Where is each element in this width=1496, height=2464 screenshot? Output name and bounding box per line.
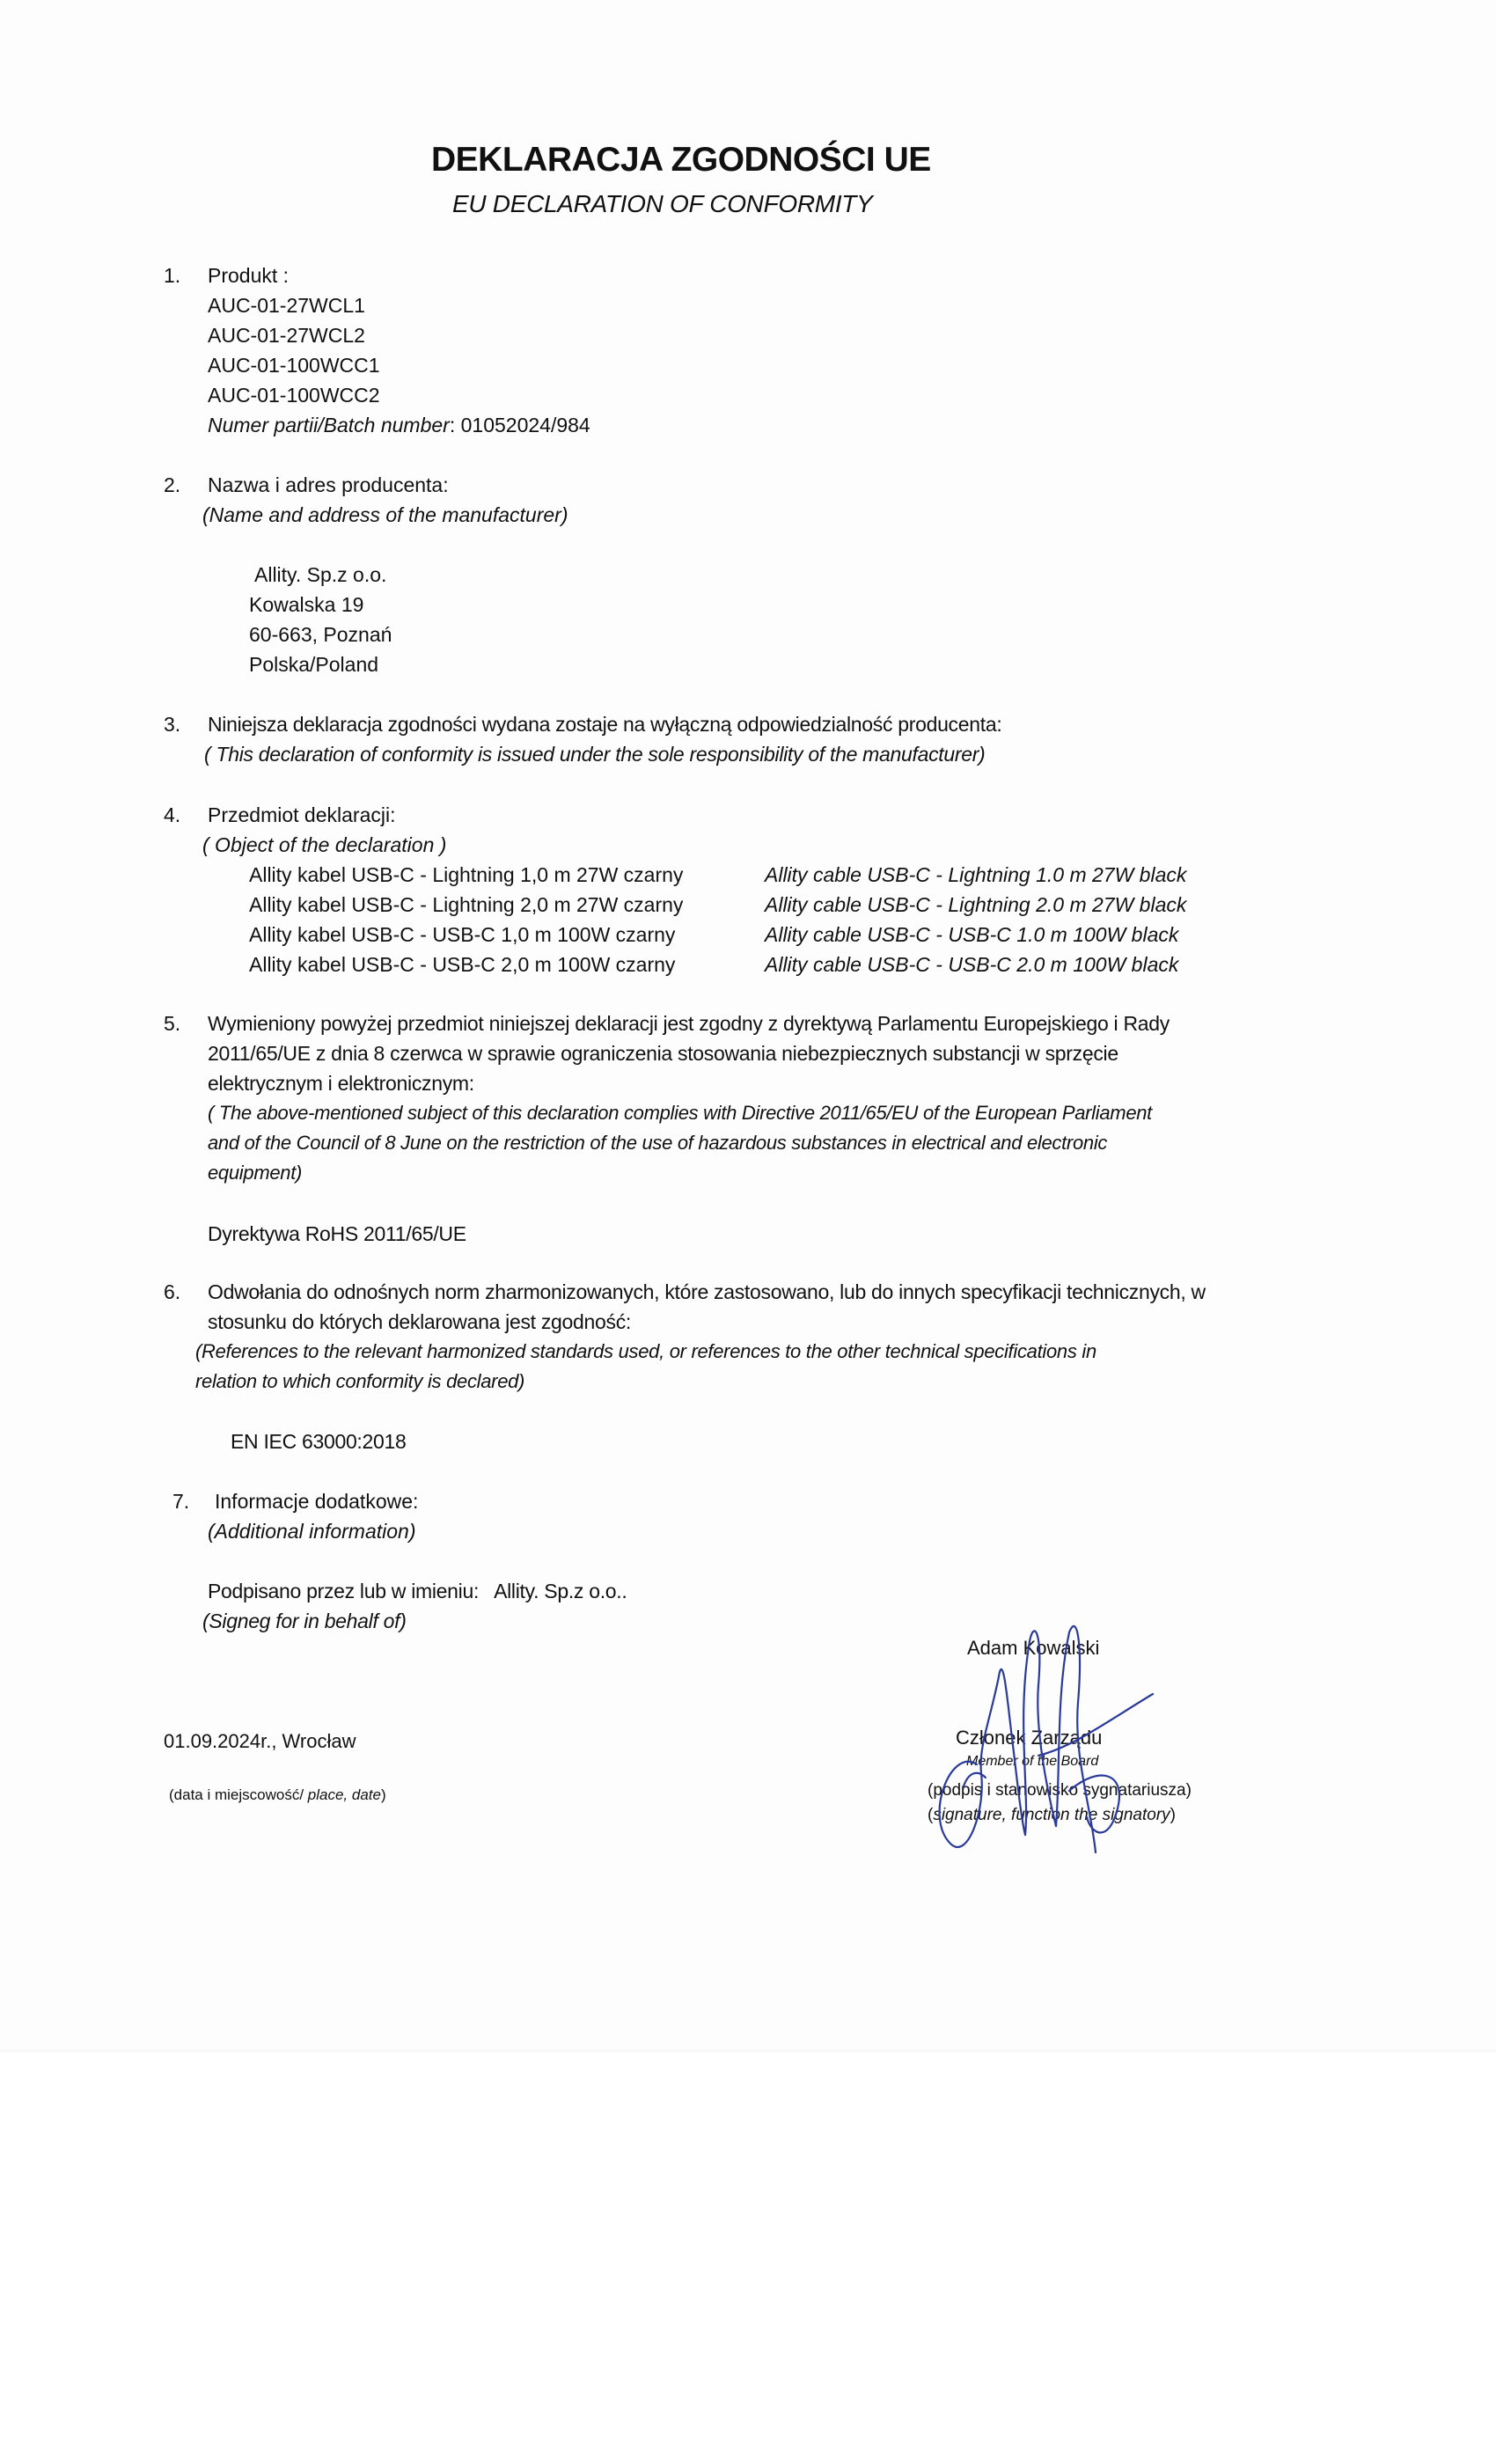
- section-4-number: 4.: [164, 800, 180, 830]
- place-date-caption-pl: (data i miejscowość/: [169, 1786, 308, 1803]
- place-date-caption-en: place, date: [308, 1786, 381, 1803]
- signatory-name: Adam Kowalski: [967, 1637, 1099, 1660]
- section-7-number: 7.: [172, 1486, 189, 1516]
- section-5-text-pl: Wymieniony powyżej przedmiot niniejszej …: [208, 1008, 1170, 1098]
- signatory-function-en: Member of the Board: [966, 1754, 1098, 1770]
- signed-by-value: Allity. Sp.z o.o..: [494, 1580, 627, 1602]
- section-2-label: Nazwa i adres producenta:: [208, 470, 449, 500]
- section-3-number: 3.: [164, 709, 180, 739]
- caption-text: signature, function the signatory: [933, 1806, 1170, 1824]
- document-subtitle: EU DECLARATION OF CONFORMITY: [452, 190, 873, 218]
- manufacturer-name: Allity. Sp.z o.o.: [249, 560, 392, 590]
- object-item-pl: Allity kabel USB-C - Lightning 2,0 m 27W…: [249, 890, 683, 920]
- object-item-en: Allity cable USB-C - Lightning 2.0 m 27W…: [765, 890, 1186, 920]
- section-6-number: 6.: [164, 1277, 180, 1307]
- declaration-objects-pl: Allity kabel USB-C - Lightning 1,0 m 27W…: [249, 860, 683, 979]
- signature-caption-pl: (podpis i stanowisko sygnatariusza): [928, 1781, 1192, 1800]
- section-3-label-en: ( This declaration of conformity is issu…: [204, 739, 985, 769]
- place-date-caption: (data i miejscowość/ place, date): [169, 1786, 386, 1804]
- section-5-line-en: ( The above-mentioned subject of this de…: [208, 1098, 1152, 1128]
- object-item-pl: Allity kabel USB-C - USB-C 2,0 m 100W cz…: [249, 950, 683, 979]
- address-street: Kowalska 19: [249, 590, 392, 620]
- section-5-line-en: equipment): [208, 1158, 1152, 1188]
- section-7-label: Informacje dodatkowe:: [215, 1486, 418, 1516]
- object-item-en: Allity cable USB-C - Lightning 1.0 m 27W…: [765, 860, 1186, 890]
- place-date: 01.09.2024r., Wrocław: [164, 1727, 356, 1756]
- product-code: AUC-01-100WCC1: [208, 350, 590, 380]
- rohs-directive: Dyrektywa RoHS 2011/65/UE: [208, 1219, 466, 1249]
- product-code: AUC-01-27WCL1: [208, 290, 590, 320]
- signatory-function: Członek Zarządu: [956, 1727, 1102, 1749]
- object-item-pl: Allity kabel USB-C - USB-C 1,0 m 100W cz…: [249, 920, 683, 950]
- section-1: Produkt : AUC-01-27WCL1 AUC-01-27WCL2 AU…: [208, 260, 590, 440]
- section-5-text-en: ( The above-mentioned subject of this de…: [208, 1098, 1152, 1188]
- section-5-line-en: and of the Council of 8 June on the rest…: [208, 1128, 1152, 1158]
- section-6-line: stosunku do których deklarowana jest zgo…: [208, 1307, 1206, 1337]
- harmonized-standard: EN IEC 63000:2018: [231, 1426, 407, 1456]
- place-date-caption-close: ): [381, 1786, 386, 1803]
- product-code: AUC-01-100WCC2: [208, 380, 590, 410]
- batch-number-line: Numer partii/Batch number: 01052024/984: [208, 410, 590, 440]
- section-6-line-en: (References to the relevant harmonized s…: [195, 1337, 1096, 1367]
- section-5-number: 5.: [164, 1008, 180, 1038]
- section-1-number: 1.: [164, 260, 180, 290]
- section-2-number: 2.: [164, 470, 180, 500]
- signed-by-label-en: (Signeg for in behalf of): [202, 1606, 407, 1636]
- section-2-label-en: (Name and address of the manufacturer): [202, 500, 568, 530]
- section-4-label: Przedmiot deklaracji:: [208, 800, 395, 830]
- section-4-label-en: ( Object of the declaration ): [202, 830, 446, 860]
- section-5-line: Wymieniony powyżej przedmiot niniejszej …: [208, 1008, 1170, 1038]
- section-6-line: Odwołania do odnośnych norm zharmonizowa…: [208, 1277, 1206, 1307]
- product-code: AUC-01-27WCL2: [208, 320, 590, 350]
- batch-number-value: : 01052024/984: [450, 414, 590, 436]
- object-item-pl: Allity kabel USB-C - Lightning 1,0 m 27W…: [249, 860, 683, 890]
- section-5-line: elektrycznym i elektronicznym:: [208, 1068, 1170, 1098]
- address-city: 60-663, Poznań: [249, 620, 392, 649]
- signed-by-label: Podpisano przez lub w imieniu:: [208, 1580, 479, 1602]
- section-1-label: Produkt :: [208, 260, 590, 290]
- manufacturer-address: Allity. Sp.z o.o. Kowalska 19 60-663, Po…: [249, 560, 392, 679]
- signed-by-line: Podpisano przez lub w imieniu: Allity. S…: [208, 1576, 627, 1606]
- section-7-label-en: (Additional information): [208, 1516, 416, 1546]
- signature-caption-en: (signature, function the signatory): [928, 1806, 1176, 1825]
- section-6-text-en: (References to the relevant harmonized s…: [195, 1337, 1096, 1397]
- section-6-text-pl: Odwołania do odnośnych norm zharmonizowa…: [208, 1277, 1206, 1337]
- declaration-objects-en: Allity cable USB-C - Lightning 1.0 m 27W…: [765, 860, 1186, 979]
- section-6-line-en: relation to which conformity is declared…: [195, 1367, 1096, 1397]
- object-item-en: Allity cable USB-C - USB-C 1.0 m 100W bl…: [765, 920, 1186, 950]
- batch-number-label: Numer partii/Batch number: [208, 414, 450, 436]
- object-item-en: Allity cable USB-C - USB-C 2.0 m 100W bl…: [765, 950, 1186, 979]
- caption-close: ): [1170, 1806, 1176, 1824]
- section-5-line: 2011/65/UE z dnia 8 czerwca w sprawie og…: [208, 1038, 1170, 1068]
- address-country: Polska/Poland: [249, 649, 392, 679]
- document-title: DEKLARACJA ZGODNOŚCI UE: [431, 141, 931, 180]
- section-3-label: Niniejsza deklaracja zgodności wydana zo…: [208, 709, 1001, 739]
